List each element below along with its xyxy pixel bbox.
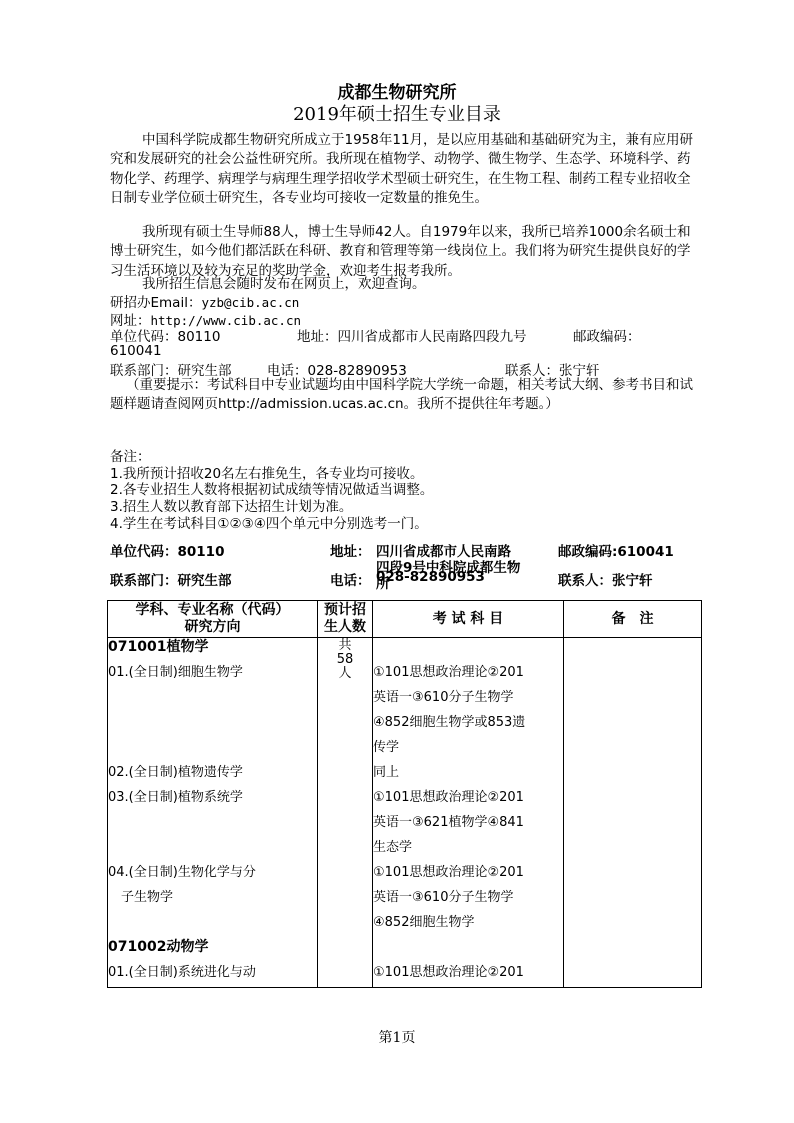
header-program-line1: 学科、专业名称（代码）	[108, 602, 317, 619]
info-unit-code: 单位代码：80110	[110, 540, 224, 560]
info-phone-label: 电话：	[330, 569, 371, 589]
spacer	[108, 910, 317, 935]
document-subtitle: 2019年硕士招生专业目录	[0, 100, 794, 126]
table-header-row: 学科、专业名称（代码） 研究方向 预计招 生人数 考 试 科 目 备 注	[108, 601, 702, 638]
spacer	[108, 685, 317, 710]
info-department: 联系部门：研究生部	[110, 569, 232, 589]
header-enrollment: 预计招 生人数	[318, 601, 373, 638]
unit-code: 单位代码：80110	[110, 325, 220, 345]
direction: 04.(全日制)生物化学与分	[108, 860, 317, 885]
direction: 01.(全日制)细胞生物学	[108, 660, 317, 685]
address: 地址：四川省成都市人民南路四段九号	[297, 325, 527, 345]
remark-item: 4.学生在考试科目①②③④四个单元中分别选考一门。	[110, 512, 428, 532]
exam-line: ①101思想政治理论②201	[373, 960, 563, 985]
direction: 03.(全日制)植物系统学	[108, 785, 317, 810]
exam-line: 传学	[373, 735, 563, 760]
header-exam-subjects: 考 试 科 目	[373, 601, 564, 638]
exam-line: ④852细胞生物学或853遗	[373, 710, 563, 735]
header-program: 学科、专业名称（代码） 研究方向	[108, 601, 318, 638]
email-line: 研招办Email：yzb@cib.ac.cn	[110, 291, 299, 311]
exam-line: ①101思想政治理论②201	[373, 660, 563, 685]
spacer	[108, 710, 317, 735]
header-enrollment-line2: 生人数	[318, 619, 372, 636]
exam-line: 英语一③610分子生物学	[373, 885, 563, 910]
exam-line: ④852细胞生物学	[373, 910, 563, 935]
enrollment-count: 58	[318, 653, 372, 667]
spacer	[373, 935, 563, 960]
table-bottom-border	[107, 987, 701, 988]
enrollment-cell: 共 58 人	[318, 638, 373, 989]
direction: 02.(全日制)植物遗传学	[108, 760, 317, 785]
program-cell: 071001植物学 01.(全日制)细胞生物学 02.(全日制)植物遗传学 03…	[108, 638, 318, 989]
email-link[interactable]: yzb@cib.ac.cn	[201, 295, 299, 310]
remarks-cell	[564, 638, 702, 989]
postcode: 610041	[110, 343, 162, 359]
enrollment-text: 共	[318, 639, 372, 653]
header-program-line2: 研究方向	[108, 619, 317, 636]
header-enrollment-line1: 预计招	[318, 602, 372, 619]
info-postcode: 邮政编码:610041	[558, 540, 674, 560]
intro-paragraph-1: 中国科学院成都生物研究所成立于1958年11月，是以应用基础和基础研究为主，兼有…	[110, 131, 700, 208]
discipline-heading: 071001植物学	[108, 635, 317, 660]
spacer	[108, 735, 317, 760]
discipline-heading: 071002动物学	[108, 935, 317, 960]
exam-line: ①101思想政治理论②201	[373, 860, 563, 885]
intro-paragraph-3: 我所招生信息会随时发布在网页上，欢迎查询。	[142, 272, 426, 292]
exam-line: 生态学	[373, 835, 563, 860]
exam-subjects-cell: ①101思想政治理论②201 英语一③610分子生物学 ④852细胞生物学或85…	[373, 638, 564, 989]
enrollment-text: 人	[318, 667, 372, 681]
exam-line: 英语一③621植物学④841	[373, 810, 563, 835]
table-row: 071001植物学 01.(全日制)细胞生物学 02.(全日制)植物遗传学 03…	[108, 638, 702, 989]
spacer	[108, 835, 317, 860]
info-contact: 联系人：张宁轩	[558, 569, 653, 589]
header-remarks: 备 注	[564, 601, 702, 638]
info-phone: 028-82890953	[376, 569, 485, 585]
spacer	[108, 810, 317, 835]
postcode-label: 邮政编码：	[573, 325, 641, 345]
direction-continued: 子生物学	[108, 885, 317, 910]
spacer	[373, 635, 563, 660]
exam-line: 同上	[373, 760, 563, 785]
exam-line: ①101思想政治理论②201	[373, 785, 563, 810]
program-catalog-table: 学科、专业名称（代码） 研究方向 预计招 生人数 考 试 科 目 备 注 071…	[107, 600, 702, 988]
important-notice: （重要提示：考试科目中专业试题均由中国科学院大学统一命题，相关考试大纲、参考书目…	[110, 376, 700, 415]
page-number: 第1页	[0, 1027, 794, 1047]
direction: 01.(全日制)系统进化与动	[108, 960, 317, 985]
info-address-label: 地址：	[330, 540, 371, 560]
exam-line: 英语一③610分子生物学	[373, 685, 563, 710]
